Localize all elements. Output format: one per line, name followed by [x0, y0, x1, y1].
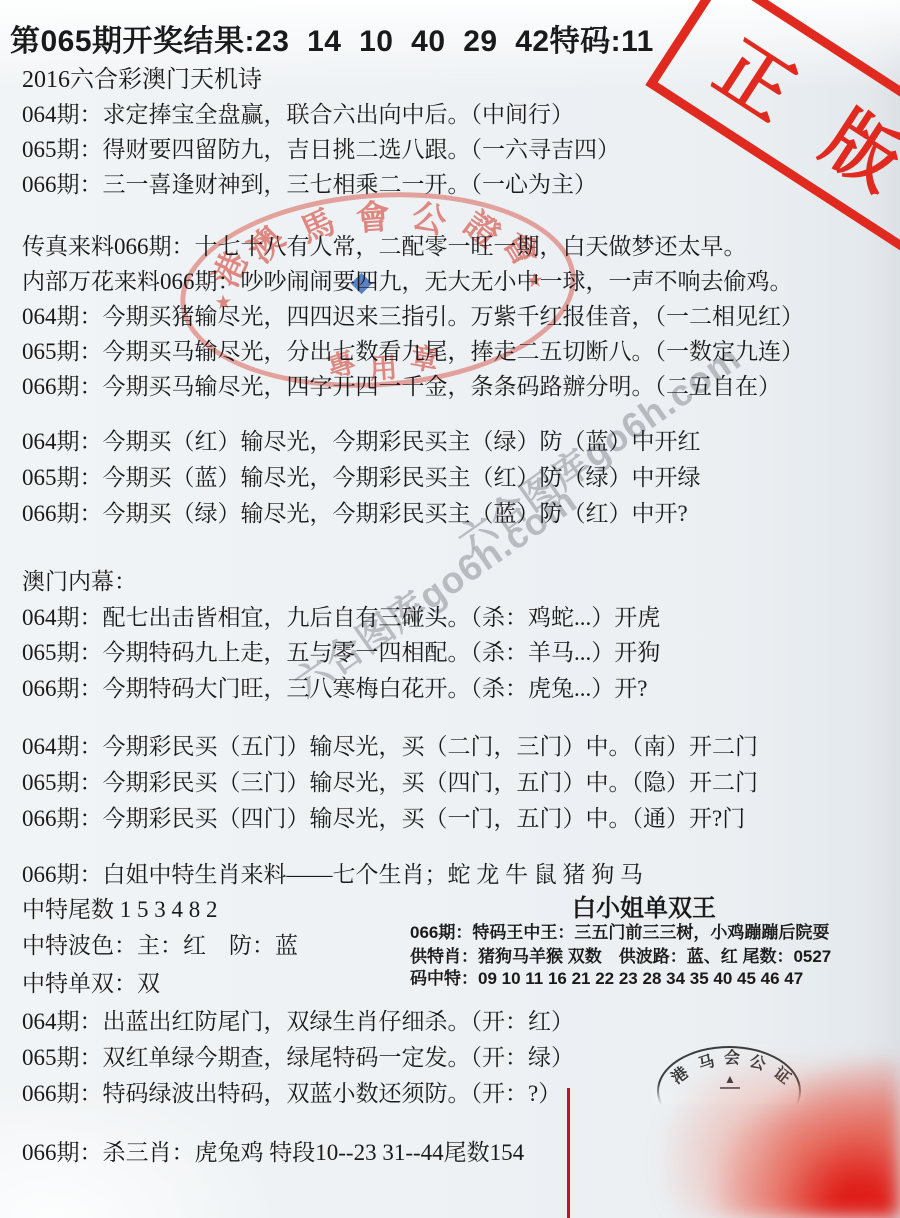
odd-even-line: 中特单双：双 [22, 970, 160, 998]
page-title: 第065期开奖结果:23 14 10 40 29 42特码:11 [10, 24, 654, 60]
white-lady-line: 供特肖：猪狗马羊猴 双数 供波路：蓝、红 尾数：0527 [410, 947, 831, 967]
result-line-065: 065期：双红单绿今期查，绿尾特码一定发。（开：绿） [22, 1044, 574, 1072]
zodiac-line: 066期：白姐中特生肖来料——七个生肖；蛇 龙 牛 鼠 猪 狗 马 [22, 861, 643, 889]
authentic-stamp-text: 正版 [652, 0, 900, 241]
doors-line: 066期：今期彩民买（四门）输尽光，买（一门，五门）中。（通）开?门 [22, 805, 745, 833]
kill-zodiac-line: 066期：杀三肖：虎兔鸡 特段10--23 31--44尾数154 [22, 1139, 570, 1167]
macau-section-header: 澳门内幕： [22, 568, 137, 596]
red-blur-stamp [560, 1058, 900, 1218]
poem-section-header: 2016六合彩澳门天机诗 [22, 66, 262, 95]
white-lady-heading: 白小姐单双王 [572, 895, 716, 924]
white-lady-line: 066期：特码王中王：三五门前三三树，小鸡蹦蹦后院耍 [410, 923, 829, 943]
macau-line: 066期：今期特码大门旺，三八寒梅白花开。（杀：虎兔...）开? [22, 675, 647, 703]
result-line-066: 066期：特码绿波出特码，双蓝小数还须防。（开：?） [22, 1080, 561, 1108]
fax-line: 066期：今期买马输尽光，四字开四一千金，条条码路辦分明。（二五自在） [22, 373, 781, 401]
fax-line: 065期：今期买马输尽光，分出七数看九尾，捧走二五切断八。（一数定九连） [22, 338, 804, 366]
poem-line-065: 065期：得财要四留防九，吉日挑二选八跟。（一六寻吉四） [22, 136, 620, 164]
color-play-line: 066期：今期买（绿）输尽光，今期彩民买主（蓝）防（红）中开? [22, 500, 688, 528]
result-line-064: 064期：出蓝出红防尾门，双绿生肖仔细杀。（开：红） [22, 1008, 574, 1036]
macau-line: 064期：配七出击皆相宜，九后自有三碰头。（杀：鸡蛇...）开虎 [22, 604, 660, 632]
lottery-tip-sheet-page: 六合图库go6h.com 六合图库go6h.com 港 澳 馬 會 公 證 會 … [0, 0, 900, 1218]
authentic-stamp: 正版 [645, 0, 900, 253]
fax-line: 064期：今期买猪输尽光，四四迟来三指引。万紫千红报佳音，（一二相见红） [22, 303, 804, 331]
poem-line-064: 064期：求定捧宝全盘赢，联合六出向中后。（中间行） [22, 101, 574, 129]
color-play-line: 065期：今期买（蓝）输尽光，今期彩民买主（红）防（绿）中开绿 [22, 464, 701, 492]
poem-line-066: 066期：三一喜逢财神到，三七相乘二一开。（一心为主） [22, 171, 597, 199]
doors-line: 065期：今期彩民买（三门）输尽光，买（四门，五门）中。（隐）开二门 [22, 769, 758, 797]
macau-line: 065期：今期特码九上走，五与零一四相配。（杀：羊马...）开狗 [22, 639, 660, 667]
wave-color-line: 中特波色：主：红 防：蓝 [22, 932, 298, 960]
fax-line: 传真来料066期：十七十八有人常，二配零一旺一期，白天做梦还太早。 [22, 233, 747, 261]
fax-line: 内部万花来料066期：吵吵闹闹要四九，无大无小中一球，一声不响去偷鸡。 [22, 268, 793, 296]
white-lady-line: 码中特：09 10 11 16 21 22 23 28 34 35 40 45 … [410, 969, 803, 989]
tail-numbers-line: 中特尾数 1 5 3 4 8 2 [22, 896, 218, 924]
color-play-line: 064期：今期买（红）输尽光，今期彩民买主（绿）防（蓝）中开红 [22, 428, 701, 456]
doors-line: 064期：今期彩民买（五门）输尽光，买（二门，三门）中。（南）开二门 [22, 733, 758, 761]
